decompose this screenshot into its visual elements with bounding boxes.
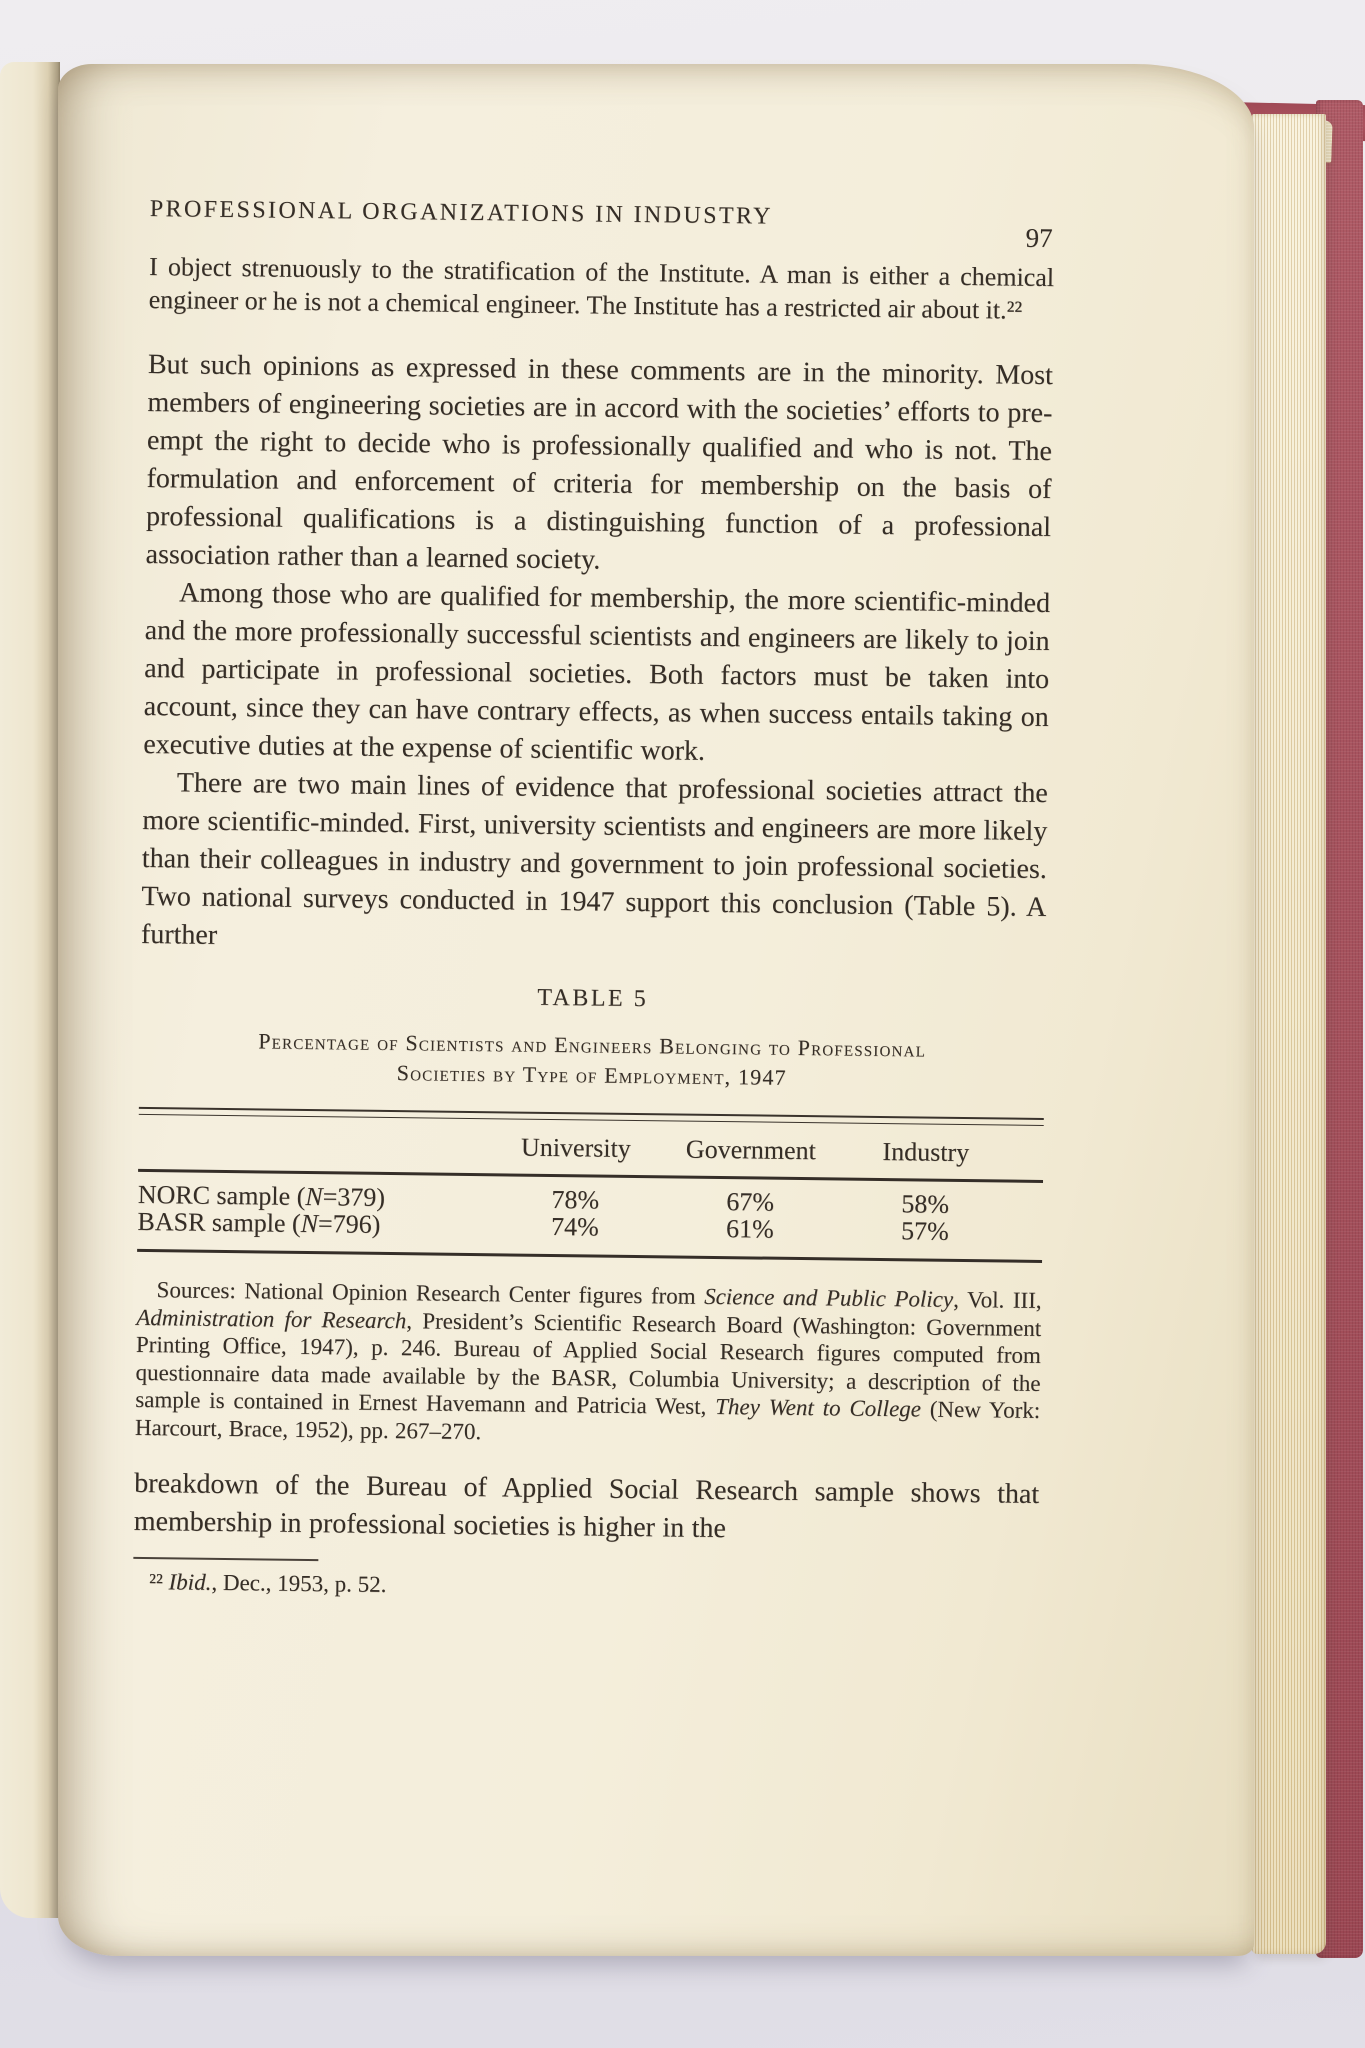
block-quote: I object strenuously to the stratificati… xyxy=(149,250,1055,327)
cell-basr-government: 61% xyxy=(662,1214,837,1243)
cell-norc-industry: 58% xyxy=(838,1189,1013,1218)
column-header-university: University xyxy=(488,1132,663,1164)
cell-norc-government: 67% xyxy=(663,1187,838,1216)
table-caption: Percentage of Scientists and Engineers B… xyxy=(252,1026,933,1094)
previous-page-edge xyxy=(0,62,60,1918)
column-header-government: Government xyxy=(663,1134,838,1166)
cell-basr-university: 74% xyxy=(487,1212,662,1241)
running-header-title: PROFESSIONAL ORGANIZATIONS IN INDUSTRY xyxy=(150,196,1055,234)
page-stack-fore-edge xyxy=(1252,114,1326,1954)
sources-note: Sources: National Opinion Research Cente… xyxy=(135,1276,1042,1452)
table-label: TABLE 5 xyxy=(140,980,1045,1018)
closing-paragraph: breakdown of the Bureau of Applied Socia… xyxy=(134,1465,1040,1552)
page-header: PROFESSIONAL ORGANIZATIONS IN INDUSTRY 9… xyxy=(150,196,1055,237)
cell-basr-industry: 57% xyxy=(837,1216,1012,1245)
photo-backdrop: PROFESSIONAL ORGANIZATIONS IN INDUSTRY 9… xyxy=(0,0,1365,2048)
footnote: ²² Ibid., Dec., 1953, p. 52. xyxy=(133,1569,1038,1606)
paragraph-3: There are two main lines of evidence tha… xyxy=(141,764,1048,965)
row-label-basr: BASR sample (N=796) xyxy=(137,1208,487,1239)
page-number: 97 xyxy=(1025,223,1052,254)
table-body: NORC sample (N=379) 78% 67% 58% BASR sam… xyxy=(137,1172,1043,1260)
paragraph-2: Among those who are qualified for member… xyxy=(143,574,1050,775)
cell-norc-university: 78% xyxy=(488,1185,663,1214)
table-section: TABLE 5 Percentage of Scientists and Eng… xyxy=(137,980,1045,1263)
page-content: PROFESSIONAL ORGANIZATIONS IN INDUSTRY 9… xyxy=(133,196,1055,1606)
paragraph-1: But such opinions as expressed in these … xyxy=(145,346,1053,585)
footnote-rule xyxy=(133,1557,318,1561)
table-header-spacer xyxy=(138,1128,488,1162)
book-page: PROFESSIONAL ORGANIZATIONS IN INDUSTRY 9… xyxy=(58,64,1254,1956)
column-header-industry: Industry xyxy=(838,1136,1013,1168)
